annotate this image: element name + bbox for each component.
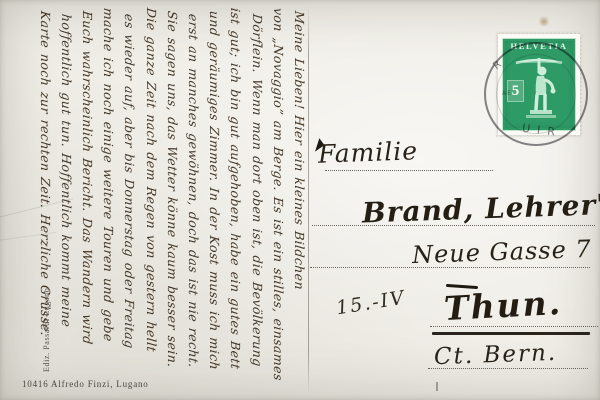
message-line: hoffentlich gut tun. Hoffentlich kommt m… [56, 13, 77, 397]
message-line: Euch wahrscheinlich Bericht. Das Wandern… [77, 10, 98, 397]
date-annotation: 15.-IV [335, 287, 407, 320]
ink-smudge [436, 382, 438, 391]
postcard-back: Meine Lieben! Hier ein kleines Bildchen … [0, 0, 600, 400]
address-dotted-line [312, 225, 595, 226]
address-dotted-line [430, 326, 598, 327]
postmark-letters-small: AE [502, 90, 512, 97]
handwritten-message: Meine Lieben! Hier ein kleines Bildchen … [34, 8, 310, 396]
address-street: Neue Gasse 7 [412, 235, 593, 269]
publisher-imprint-bottom: 10416 Alfredo Finzi, Lugano [22, 379, 149, 389]
message-line: Meine Lieben! Hier ein kleines Bildchen [289, 10, 310, 397]
message-line: mache ich noch einige weitere Touren und… [98, 7, 119, 397]
address-recipient-name: Brand, Lehrer's [362, 187, 600, 229]
postmark-letter: R [491, 59, 503, 72]
message-line: Dörflein. Wenn man dort oben ist, die Be… [246, 13, 267, 397]
message-line: und geräumiges Zimmer. In der Kost muss … [204, 10, 225, 397]
postmark-circle: R UIR AE [484, 42, 588, 146]
postmark-letters: UIR [521, 122, 562, 140]
foxing-spot [538, 16, 550, 27]
publisher-imprint-vertical: Ediz. Passardi Lugano [42, 288, 51, 372]
message-line: von „Novaggio” am Berge. Es ist ein stil… [268, 7, 289, 397]
address-dotted-line [428, 368, 588, 369]
address-underline [432, 332, 590, 335]
message-line: erst an manches gewöhnen, doch das ist n… [183, 13, 204, 397]
message-line: es wieder auf, aber bis Donnerstag oder … [119, 13, 140, 397]
message-line: Sie sagen uns, das Wetter könne kaum bes… [162, 10, 183, 397]
message-line: ist gut; ich bin gut aufgehoben, habe ei… [225, 7, 246, 397]
address-dotted-line [325, 170, 493, 171]
address-canton: Ct. Bern. [434, 340, 558, 370]
address-town: Thun. [443, 283, 563, 328]
message-line: Die ganze Zeit nach dem Regen von gester… [140, 7, 161, 397]
address-recipient-family: Familie [318, 136, 419, 168]
address-dotted-line [310, 267, 590, 268]
